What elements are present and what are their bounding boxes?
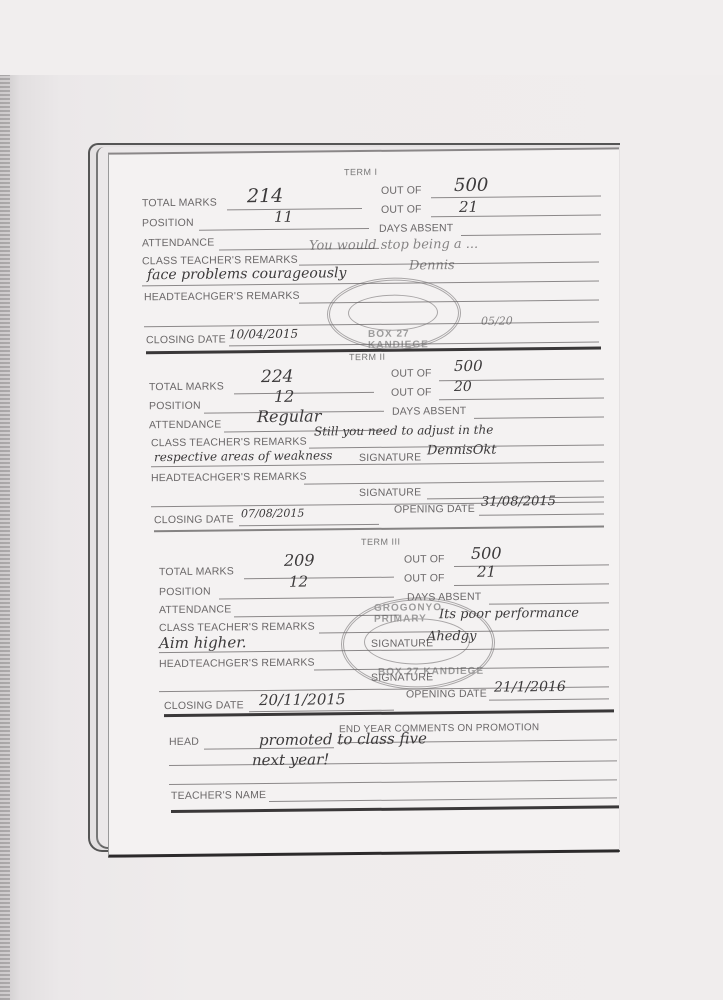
total-marks-label: TOTAL MARKS — [149, 380, 224, 393]
opening-date-value: 21/1/2016 — [494, 679, 566, 696]
out-of-value: 500 — [471, 544, 502, 563]
total-marks-label: TOTAL MARKS — [159, 565, 234, 578]
opening-date-label: OPENING DATE — [406, 688, 487, 701]
closing-date-label: CLOSING DATE — [164, 699, 244, 712]
closing-date-value: 10/04/2015 — [229, 327, 298, 342]
scan-edge — [0, 75, 10, 1000]
promotion-comment-line2: next year! — [252, 750, 329, 769]
out-of-label: OUT OF — [391, 367, 432, 379]
opening-date-value: 31/08/2015 — [481, 494, 556, 510]
term-title: TERM II — [349, 352, 386, 362]
position-value: 11 — [274, 208, 293, 226]
position-out-of-label: OUT OF — [381, 203, 422, 215]
headteacher-remarks-label: HEADTEACHGER'S REMARKS — [151, 471, 307, 485]
position-value: 12 — [274, 387, 294, 406]
head-signature-label: SIGNATURE — [359, 486, 421, 499]
signature-label: SIGNATURE — [359, 451, 421, 464]
total-marks-label: TOTAL MARKS — [142, 197, 217, 210]
class-teacher-signature: Dennis — [409, 258, 455, 273]
school-stamp: BOX 27 KANDIEGE — [327, 277, 461, 350]
out-of-value: 500 — [454, 175, 488, 196]
headteacher-remarks-label: HEADTEACHGER'S REMARKS — [144, 290, 300, 304]
total-marks-value: 214 — [247, 185, 283, 207]
position-out-of-value: 21 — [477, 563, 496, 581]
position-out-of-label: OUT OF — [391, 386, 432, 398]
school-stamp: GROGONYO PRIMARY BOX 27 KANDIEGE — [341, 597, 495, 691]
class-teacher-signature: DennisOkt — [427, 443, 496, 459]
teachers-name-label: TEACHER'S NAME — [171, 789, 266, 802]
opening-date-label: OPENING DATE — [394, 503, 475, 516]
closing-date-label: CLOSING DATE — [146, 333, 226, 346]
out-of-label: OUT OF — [404, 553, 445, 565]
class-teacher-remarks-label: CLASS TEACHER'S REMARKS — [151, 436, 307, 450]
out-of-label: OUT OF — [381, 184, 422, 196]
position-label: POSITION — [149, 400, 201, 413]
closing-date-label: CLOSING DATE — [154, 513, 234, 526]
total-marks-value: 224 — [261, 367, 293, 387]
position-out-of-value: 20 — [454, 379, 472, 395]
out-of-value: 500 — [454, 357, 483, 375]
days-absent-label: DAYS ABSENT — [379, 222, 453, 235]
position-label: POSITION — [142, 217, 194, 230]
closing-date-value: 20/11/2015 — [259, 690, 345, 709]
position-label: POSITION — [159, 586, 211, 599]
position-value: 12 — [289, 573, 308, 591]
attendance-label: ATTENDANCE — [149, 418, 221, 431]
head-label: HEAD — [169, 736, 199, 748]
class-teacher-remarks-line1: Still you need to adjust in the — [314, 423, 493, 439]
attendance-value: Regular — [257, 406, 321, 426]
report-card-page: TERM I TOTAL MARKS 214 OUT OF 500 POSITI… — [108, 147, 619, 857]
position-out-of-label: OUT OF — [404, 572, 445, 584]
position-out-of-value: 21 — [459, 198, 478, 216]
headteacher-remarks-label: HEADTEACHGER'S REMARKS — [159, 657, 315, 671]
attendance-label: ATTENDANCE — [159, 603, 231, 616]
opening-date-partial: 05/20 — [481, 314, 513, 327]
attendance-label: ATTENDANCE — [142, 237, 214, 250]
days-absent-label: DAYS ABSENT — [392, 405, 466, 418]
class-teacher-remarks-line2: face problems courageously — [147, 265, 346, 283]
class-teacher-remarks-label: CLASS TEACHER'S REMARKS — [159, 621, 315, 635]
promotion-comment-line1: promoted to class five — [259, 729, 427, 749]
class-teacher-remarks-line2: Aim higher. — [159, 633, 247, 652]
term-title: TERM I — [344, 167, 378, 177]
total-marks-value: 209 — [284, 551, 315, 570]
closing-date-value: 07/08/2015 — [241, 507, 304, 521]
class-teacher-remarks-line2: respective areas of weakness — [154, 448, 332, 464]
class-teacher-remarks-line1: You would stop being a ... — [309, 237, 478, 254]
term-title: TERM III — [361, 537, 401, 547]
